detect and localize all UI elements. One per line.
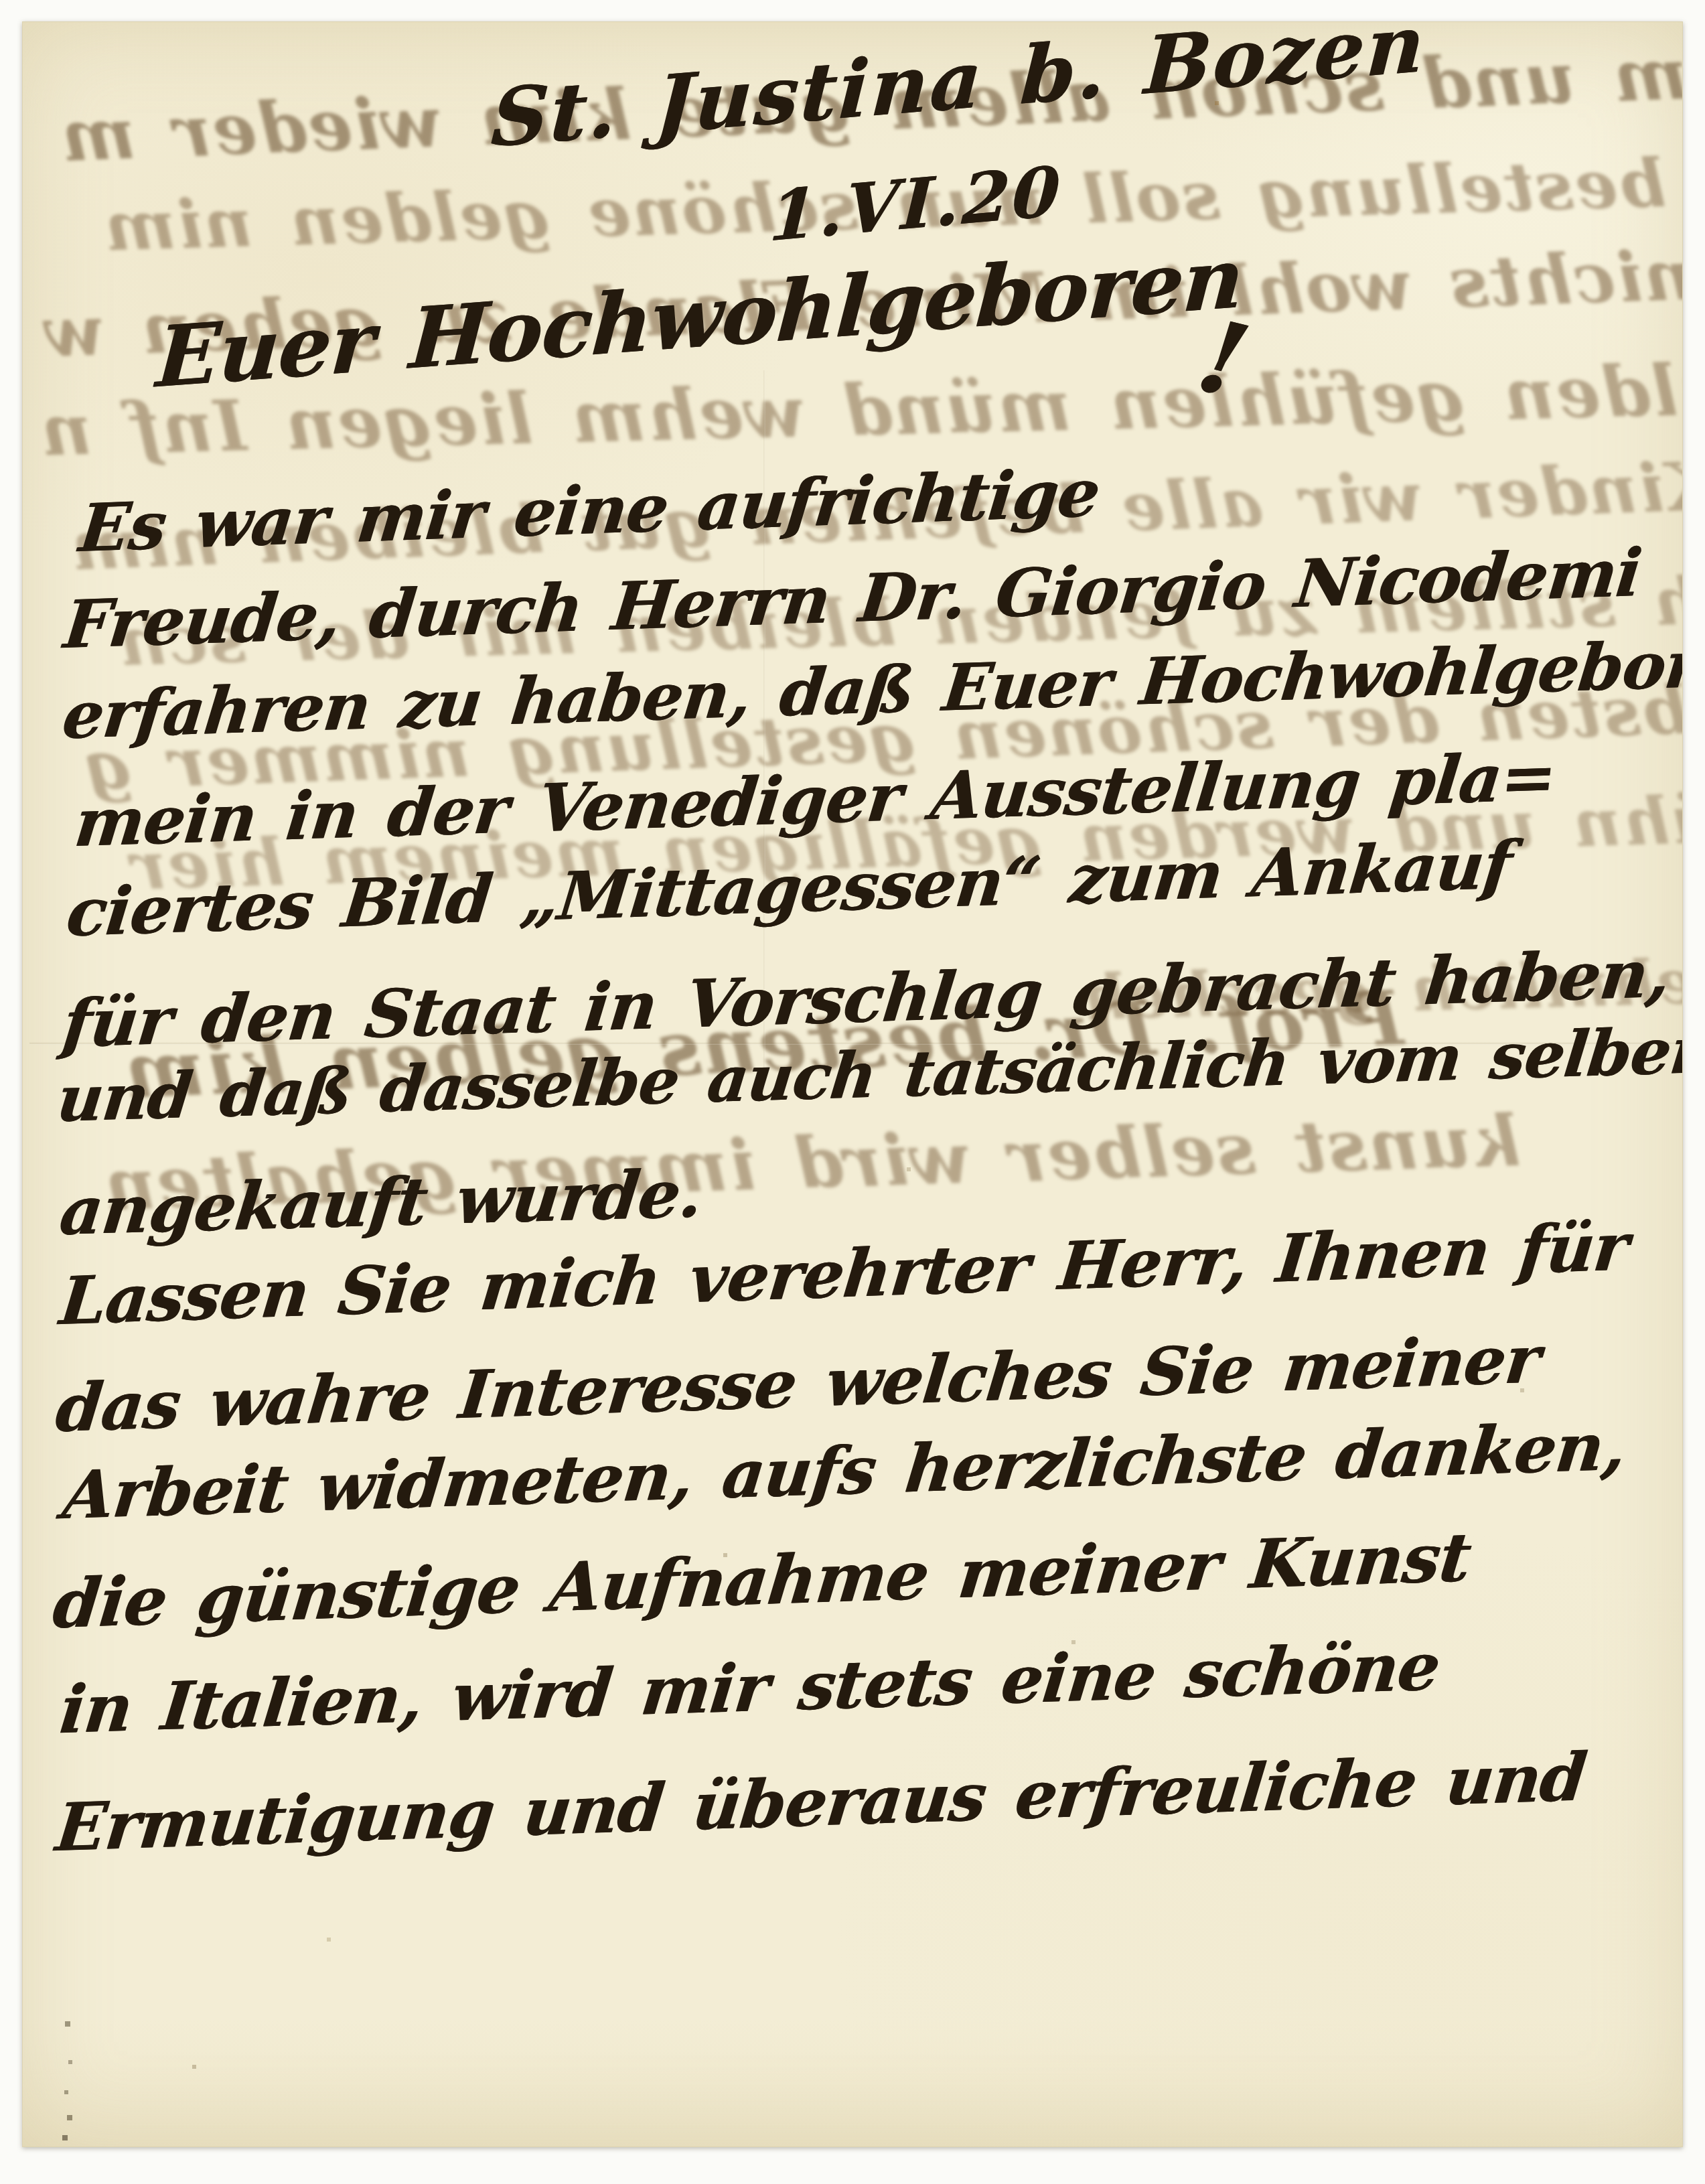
handwritten-line: in Italien, wird mir stets eine schöne xyxy=(57,1634,1442,1743)
scanned-letter-page: nun briefem und schon allem gute kim wie… xyxy=(0,0,1705,2184)
handwritten-line: angekauft wurde. xyxy=(56,1161,705,1245)
handwritten-line: Ermutigung und überaus erfreuliche und xyxy=(53,1745,1589,1861)
paper-sheet: nun briefem und schon allem gute kim wie… xyxy=(22,21,1683,2147)
handwritten-line: die günstige Aufnahme meiner Kunst xyxy=(50,1524,1474,1638)
paper-specks xyxy=(23,22,24,23)
